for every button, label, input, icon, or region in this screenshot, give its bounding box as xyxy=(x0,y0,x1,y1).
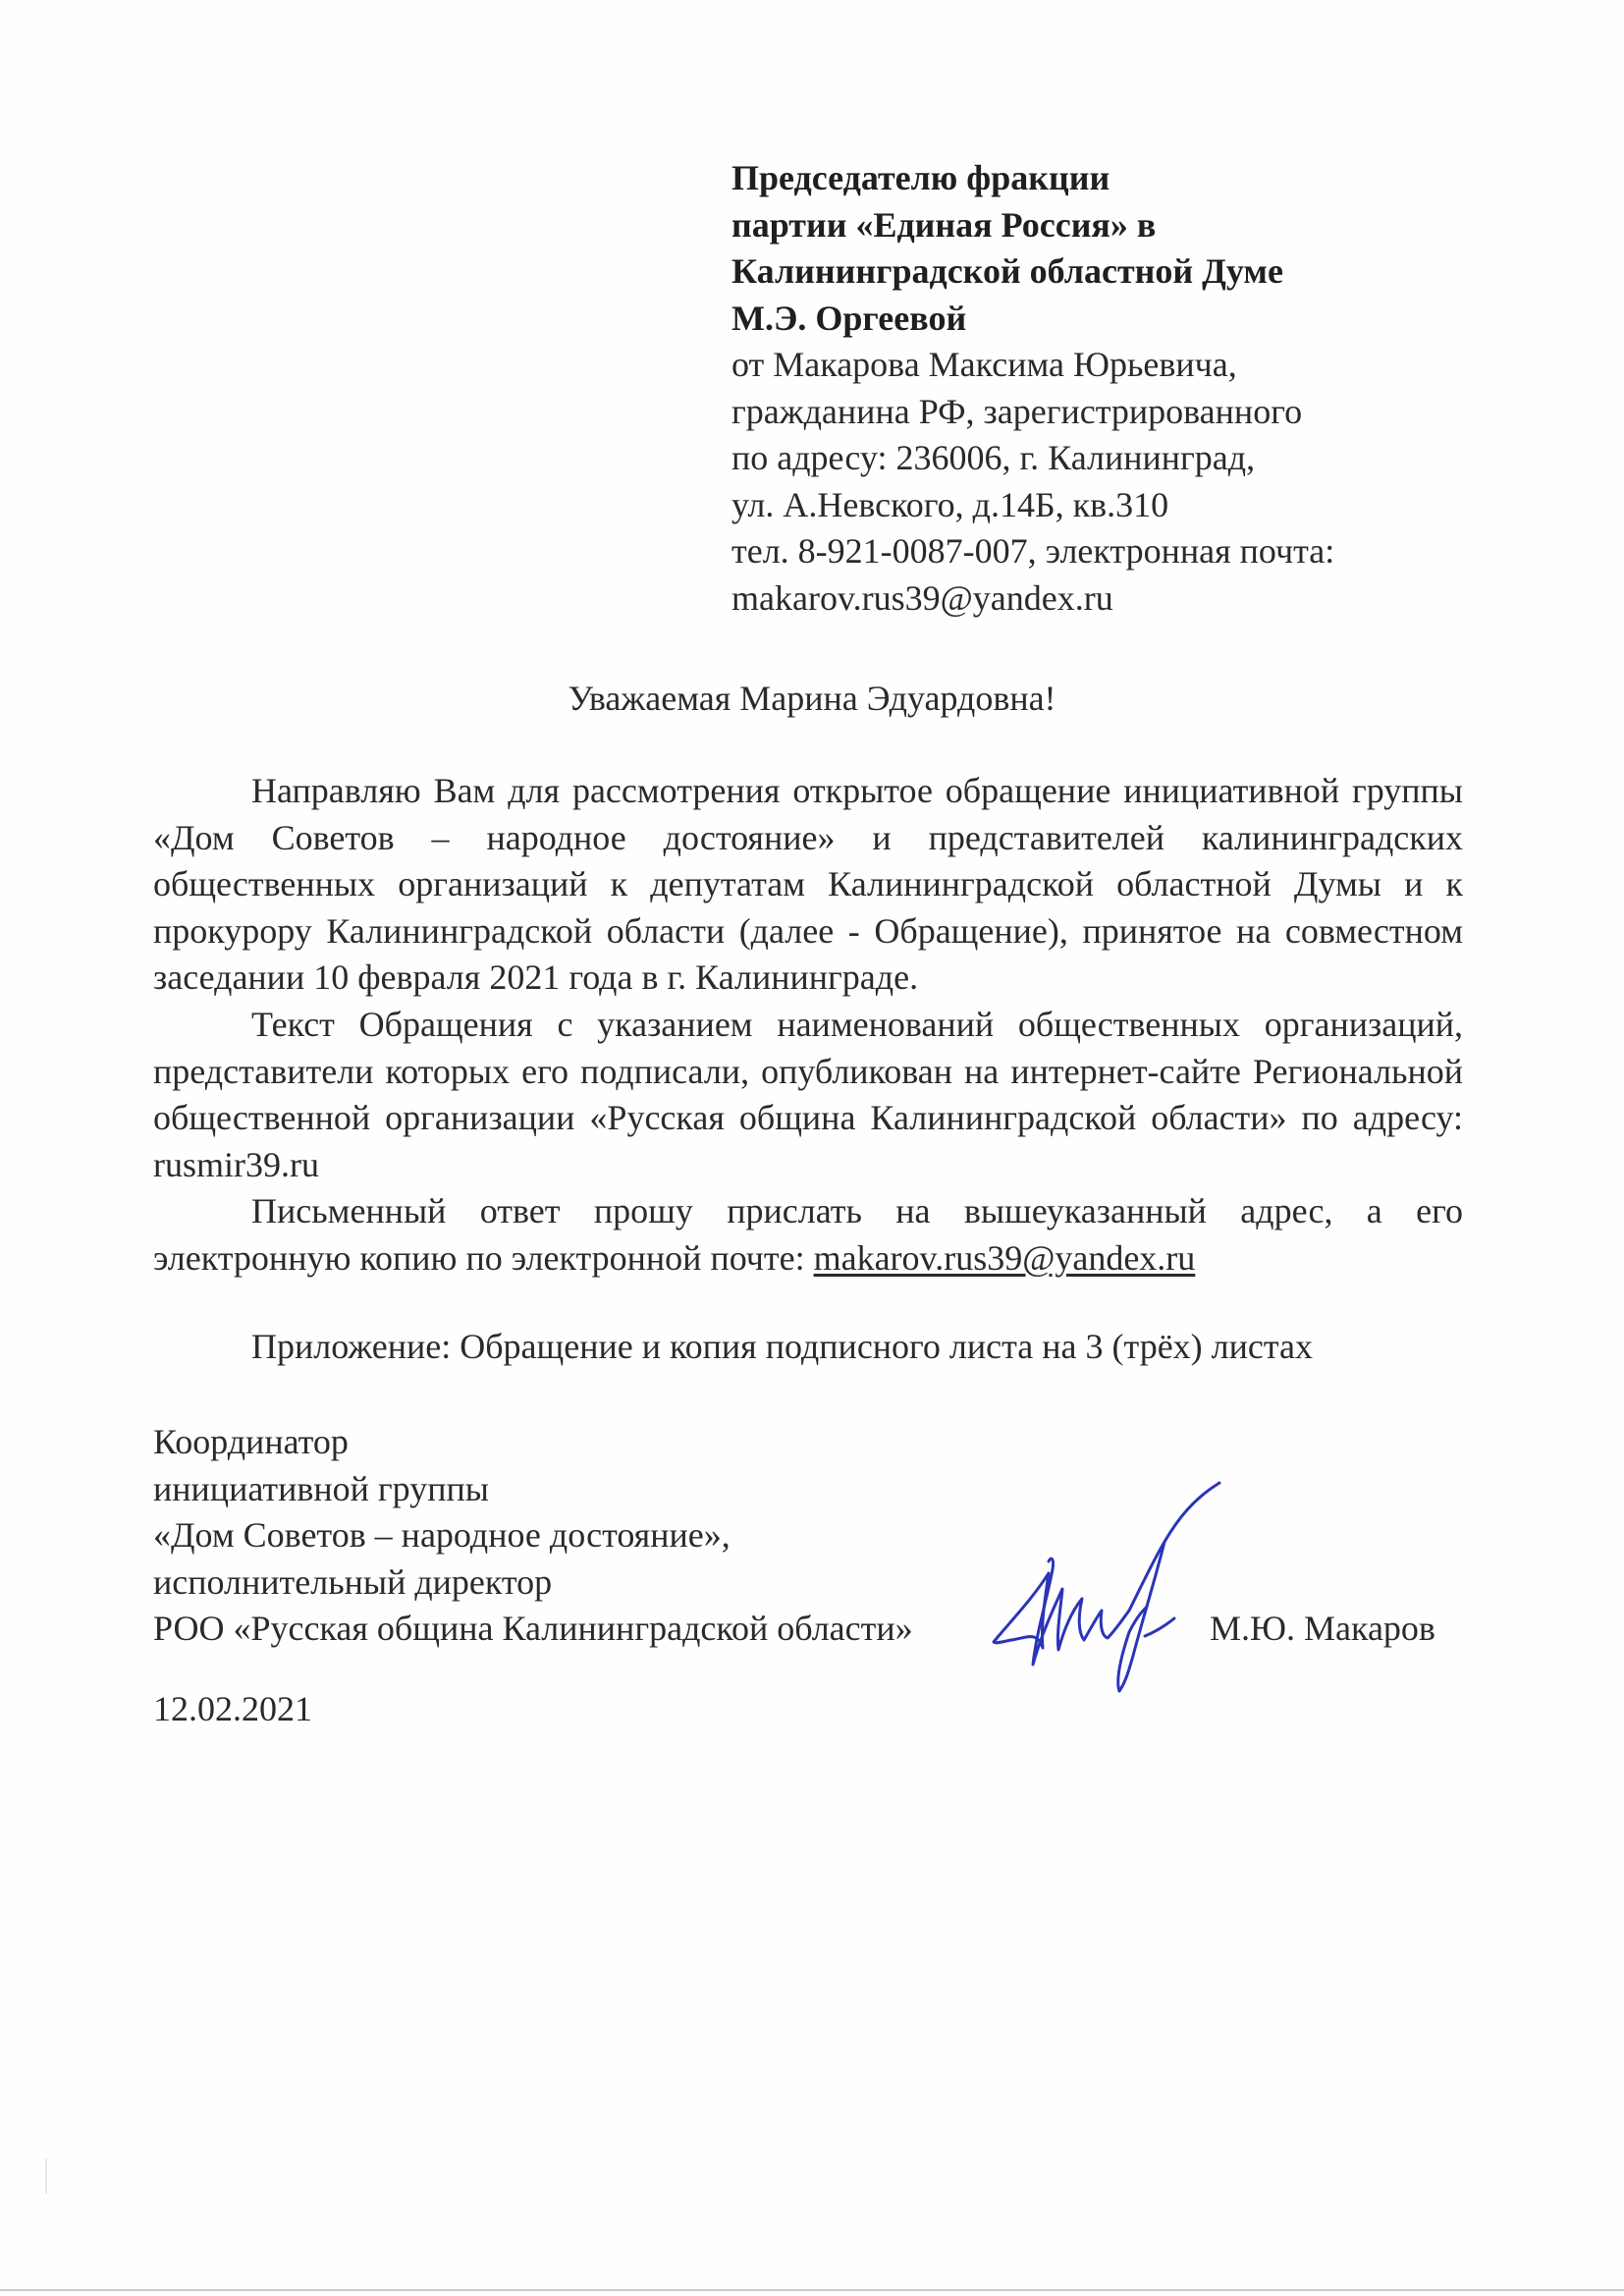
attachment-note: Приложение: Обращение и копия подписного… xyxy=(251,1324,1313,1371)
body-paragraph: Направляю Вам для рассмотрения открытое … xyxy=(153,768,1463,1002)
letter-date: 12.02.2021 xyxy=(153,1686,312,1733)
sender-address-line: по адресу: 236006, г. Калининград, xyxy=(731,435,1478,482)
scan-artifact xyxy=(45,2159,47,2194)
signer-title-line: Координатор xyxy=(153,1419,913,1466)
sender-phone-line: тел. 8-921-0087-007, электронная почта: xyxy=(731,528,1478,575)
body-paragraph: Письменный ответ прошу прислать на вышеу… xyxy=(153,1188,1463,1282)
signature-block: Координатор инициативной группы «Дом Сов… xyxy=(153,1419,913,1653)
addressee-title-line: Калининградской областной Думе xyxy=(731,248,1478,296)
body-paragraph-text: Письменный ответ прошу прислать на вышеу… xyxy=(153,1191,1463,1278)
email-link[interactable]: makarov.rus39@yandex.ru xyxy=(814,1238,1196,1278)
addressee-title-line: Председателю фракции xyxy=(731,155,1478,202)
letter-body: Направляю Вам для рассмотрения открытое … xyxy=(153,768,1463,1283)
sender-name-line: от Макарова Максима Юрьевича, xyxy=(731,342,1478,389)
addressee-block: Председателю фракции партии «Единая Росс… xyxy=(731,155,1478,622)
addressee-name: М.Э. Оргеевой xyxy=(731,296,1478,343)
handwritten-signature-icon xyxy=(972,1463,1227,1709)
sender-citizenship-line: гражданина РФ, зарегистрированного xyxy=(731,389,1478,436)
signer-name: М.Ю. Макаров xyxy=(1210,1606,1435,1653)
signer-title-line: «Дом Советов – народное достояние», xyxy=(153,1512,913,1559)
salutation: Уважаемая Марина Эдуардовна! xyxy=(0,676,1624,723)
signer-title-line: инициативной группы xyxy=(153,1466,913,1513)
addressee-title-line: партии «Единая Россия» в xyxy=(731,202,1478,249)
signer-title-line: исполнительный директор xyxy=(153,1559,913,1607)
letter-page: Председателю фракции партии «Единая Росс… xyxy=(0,0,1624,2296)
scan-edge-divider xyxy=(0,2289,1624,2291)
signer-organization: РОО «Русская община Калининградской обла… xyxy=(153,1606,913,1653)
sender-street-line: ул. А.Невского, д.14Б, кв.310 xyxy=(731,482,1478,529)
sender-email: makarov.rus39@yandex.ru xyxy=(731,575,1478,623)
body-paragraph: Текст Обращения с указанием наименований… xyxy=(153,1002,1463,1188)
